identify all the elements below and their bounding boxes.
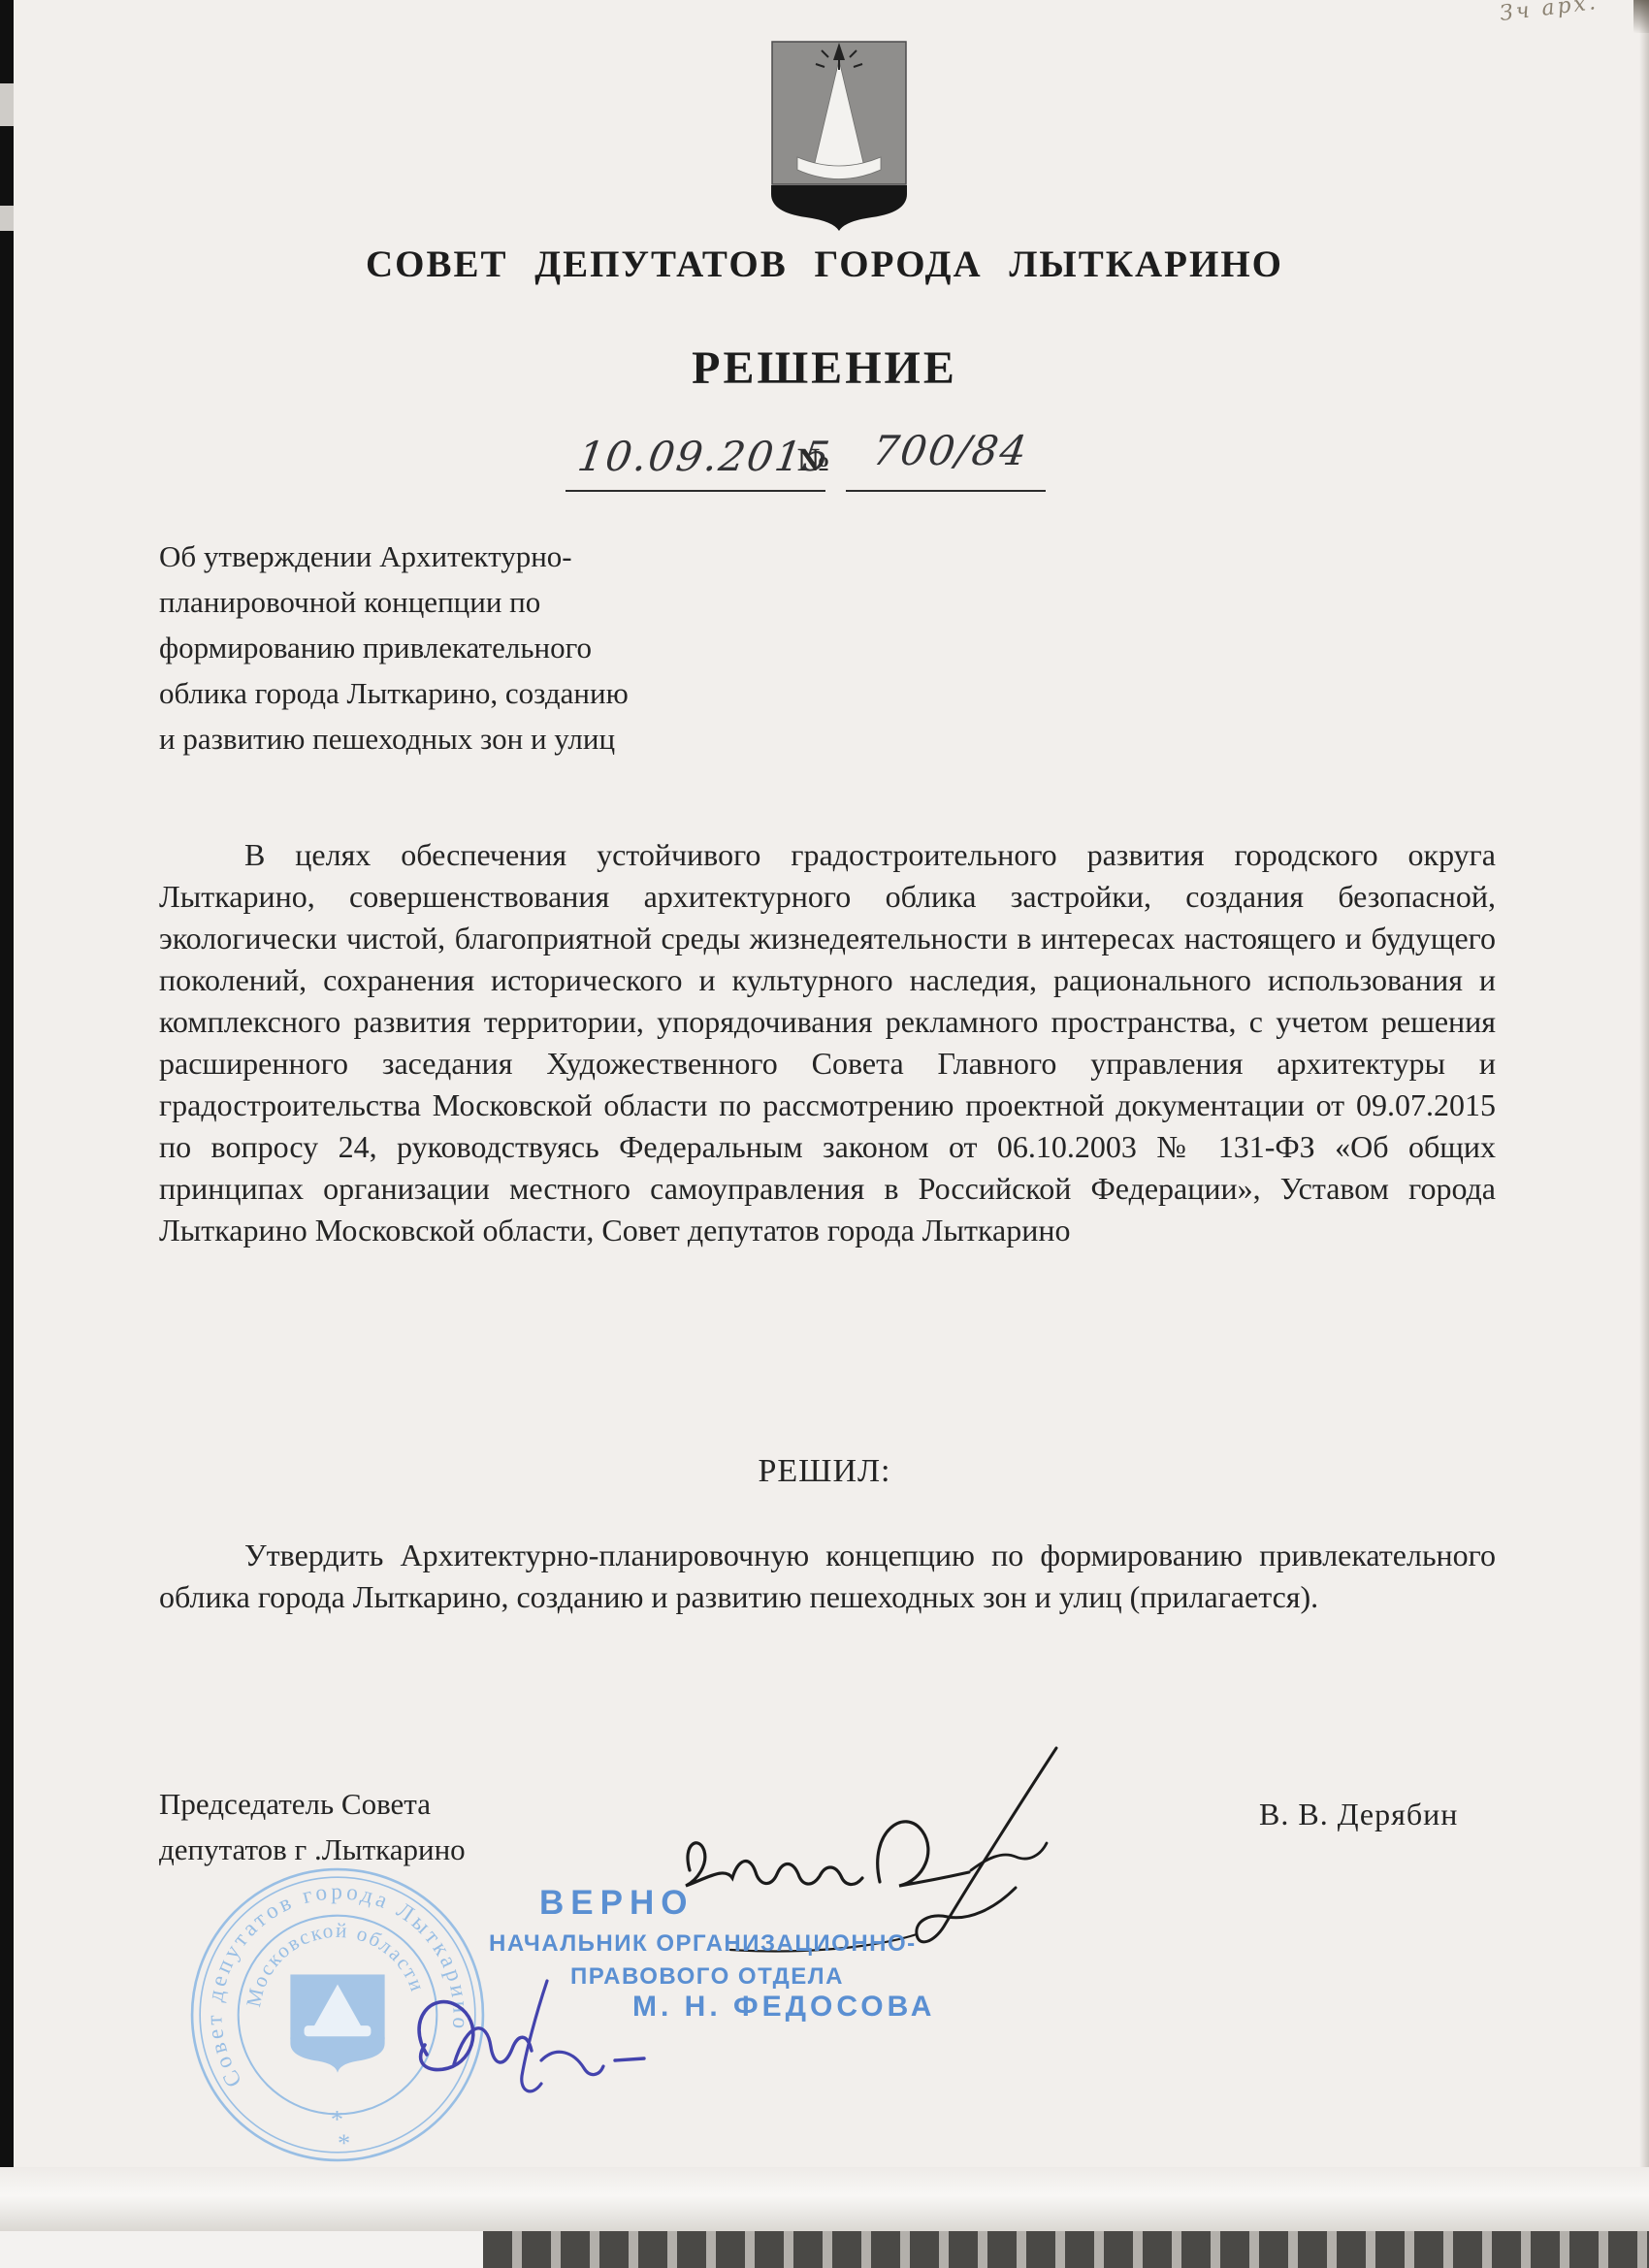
officer-signature [394, 1952, 658, 2109]
number-underline [846, 490, 1046, 492]
scan-left-notch [0, 83, 14, 126]
stamp-officer-name: М. Н. ФЕДОСОВА [632, 1991, 935, 2024]
scan-corner-mark [1633, 0, 1649, 33]
handwritten-number: 700/84 [870, 427, 1032, 474]
seal-shield-base [290, 2037, 384, 2072]
stamp-verno: ВЕРНО [539, 1884, 694, 1923]
seal-star: * [338, 2129, 350, 2157]
date-underline [566, 490, 825, 492]
subject-line: формированию привлекательного [159, 625, 722, 670]
scan-bottom-strip [483, 2231, 1649, 2268]
resolution-paragraph: Утвердить Архитектурно-планировочную кон… [159, 1535, 1496, 1618]
document-type-title: РЕШЕНИЕ [0, 341, 1649, 395]
subject-line: и развитию пешеходных зон и улиц [159, 716, 722, 761]
number-sign: № [797, 442, 830, 479]
signature-stroke [917, 1748, 1056, 1942]
preamble-paragraph: В целях обеспечения устойчивого градостр… [159, 834, 1496, 1251]
paper-bottom-shadow [0, 2167, 1649, 2231]
signature-stroke [541, 2052, 603, 2074]
signatory-position: Председатель Совета депутатов г .Лыткари… [159, 1781, 466, 1872]
scan-left-notch [0, 206, 14, 231]
subject-line: Об утверждении Архитектурно- [159, 534, 722, 579]
shield-base [771, 185, 907, 231]
resolved-heading: РЕШИЛ: [0, 1453, 1649, 1490]
signatory-position-line: Председатель Совета [159, 1781, 466, 1827]
scanned-document-page: Зч арх. СОВЕТ ДЕПУТАТОВ ГОРОДА ЛЫТКАРИНО… [0, 0, 1649, 2268]
pencil-corner-note: Зч арх. [1499, 0, 1600, 26]
signature-dash [615, 2058, 644, 2060]
scan-bottom-left [0, 2231, 483, 2268]
signature-stroke [686, 1843, 862, 1886]
subject-block: Об утверждении Архитектурно- планировочн… [159, 534, 722, 761]
scan-right-shadow [1639, 0, 1649, 2268]
lytkarino-coat-of-arms [771, 41, 907, 233]
subject-line: планировочной концепции по [159, 579, 722, 625]
signatory-name: В. В. Дерябин [1259, 1797, 1458, 1832]
seal-shield-emblem [290, 1974, 384, 2072]
signature-stroke [878, 1822, 969, 1886]
seal-mirror [305, 2025, 372, 2036]
subject-line: облика города Лыткарино, созданию [159, 670, 722, 716]
handwritten-date: 10.09.2015 [575, 433, 834, 480]
signature-stroke [522, 1981, 547, 2091]
chairman-signature [674, 1742, 1101, 1956]
scan-left-edge [0, 0, 14, 2268]
organization-title: СОВЕТ ДЕПУТАТОВ ГОРОДА ЛЫТКАРИНО [0, 243, 1649, 286]
